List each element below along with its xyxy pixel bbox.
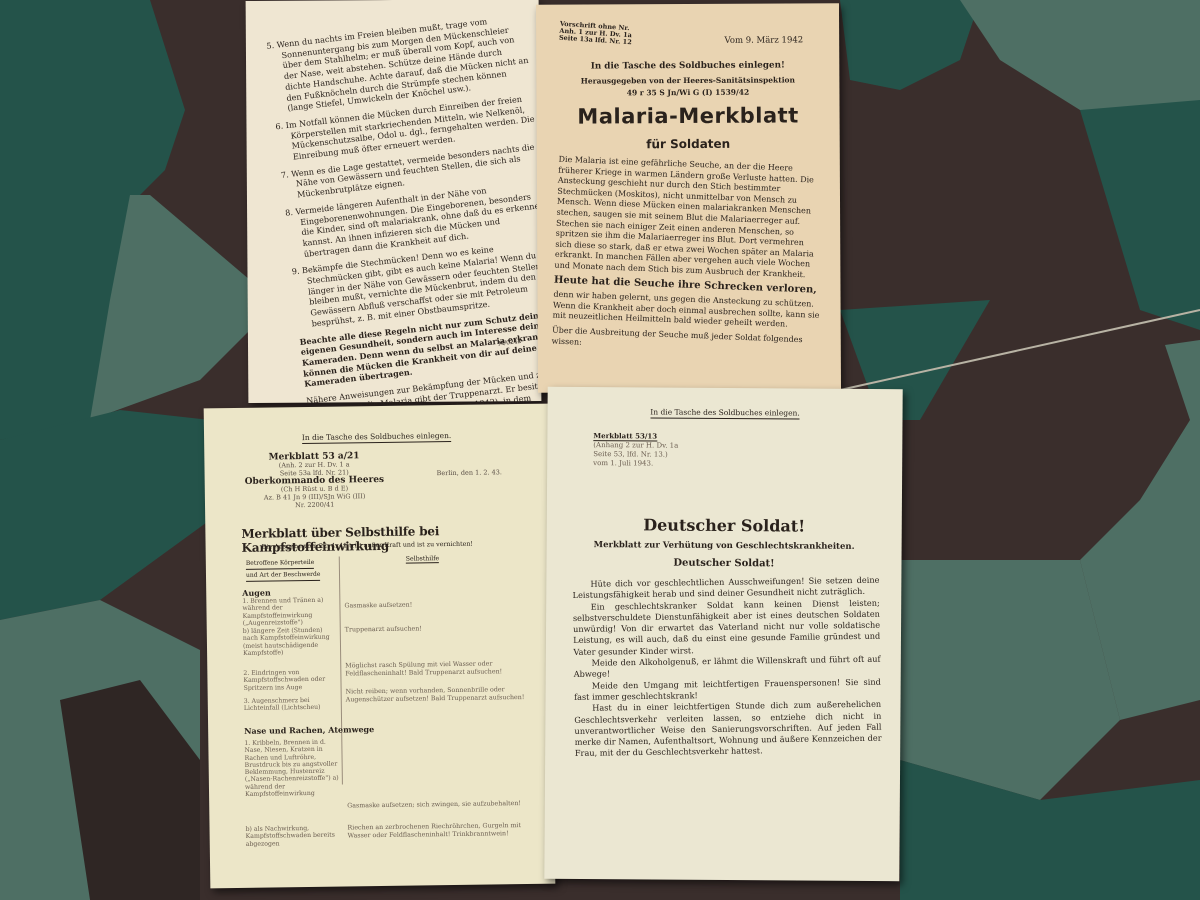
issue-date: vom 1. Juli 1943.	[593, 459, 678, 469]
leaflet-body-text: Hüte dich vor geschlechtlichen Ausschwei…	[572, 575, 881, 760]
leaflet-subtitle: für Soldaten	[537, 136, 840, 152]
publisher-line: Herausgegeben von der Heeres-Sanitätsins…	[536, 75, 839, 86]
column-header-text: Selbsthilfe	[406, 555, 440, 563]
leaflet-title: Malaria-Merkblatt	[537, 103, 840, 129]
table-cell-remedy: Nicht reiben; wenn vorhanden, Sonnenbril…	[346, 686, 542, 704]
place-date: Berlin, den 1. 2. 43.	[437, 468, 502, 477]
body-paragraph: Hast du in einer leichtfertigen Stunde d…	[574, 699, 882, 760]
table-cell-complaint: 3. Augenschmerz bei Lichteinfall (Lichts…	[244, 697, 340, 713]
malaria-intro-text: Die Malaria ist eine gefährliche Seuche,…	[551, 155, 825, 361]
body-paragraph: Ein geschlechtskranker Soldat kann keine…	[573, 597, 881, 658]
section-heading: Augen	[242, 588, 271, 598]
instruction-line: In die Tasche des Soldbuches einlegen.	[204, 430, 549, 444]
instruction-text: In die Tasche des Soldbuches einlegen.	[650, 407, 799, 419]
table-cell-remedy: Riechen an zerbrochenen Riechröhrchen, G…	[347, 822, 543, 840]
leaflet-number: Merkblatt 53/13	[593, 431, 657, 441]
leaflet-header: Merkblatt 53 a/21 (Anh. 2 zur H. Dv. 1 a…	[244, 452, 384, 510]
instruction-line: In die Tasche des Soldbuches einlegen!	[536, 60, 839, 72]
table-cell-remedy: Truppenarzt aufsuchen!	[345, 624, 541, 634]
instruction-line: In die Tasche des Soldbuches einlegen.	[548, 407, 903, 418]
reference-line: 49 r 35 S Jn/Wi G (I) 1539/42	[536, 87, 839, 98]
leaflet-subtitle: Merkblatt zur Verhütung von Geschlechtsk…	[547, 540, 902, 552]
table-cell-remedy: Möglichst rasch Spülung mit viel Wasser …	[345, 660, 541, 678]
table-cell-complaint: b) längere Zeit (Stunden) nach Kampfstof…	[243, 627, 339, 658]
table-cell-complaint: 2. Eindringen von Kampfstoffschwaden ode…	[243, 669, 339, 692]
table-cell-remedy: Gasmaske aufsetzen; sich zwingen, sie au…	[347, 800, 543, 810]
table-cell-remedy: Gasmaske aufsetzen!	[344, 600, 540, 610]
table-cell-complaint: b) als Nachwirkung, Kampfstoffschwaden b…	[245, 825, 341, 848]
leaflet-title-repeat: Deutscher Soldat!	[546, 557, 901, 570]
leaflet-header: Merkblatt 53/13 (Anhang 2 zur H. Dv. 1a …	[593, 431, 678, 469]
column-header-self-help: Selbsthilfe	[406, 555, 440, 562]
section-heading: Nase und Rachen, Atemwege	[244, 724, 374, 736]
malaria-leaflet-front-page: Vorschrift ohne Nr. Anh. 1 zur H. Dv. 1a…	[536, 3, 841, 393]
malaria-leaflet-back-page: 5. Wenn du nachts im Freien bleiben mußt…	[246, 0, 542, 403]
column-header-line: Betroffene Körperteile	[246, 557, 315, 570]
regulation-meta: Vorschrift ohne Nr. Anh. 1 zur H. Dv. 1a…	[559, 21, 633, 47]
body-paragraph: denn wir haben gelernt, uns gegen die An…	[552, 290, 820, 332]
malaria-rules-list: 5. Wenn du nachts im Freien bleiben mußt…	[266, 12, 568, 438]
column-header-body-parts: Betroffene Körperteile und Art der Besch…	[246, 557, 321, 582]
column-header-line: und Art der Beschwerde	[246, 569, 321, 582]
table-cell-complaint: 1. Brennen und Tränen a) während der Kam…	[242, 597, 338, 628]
intro-paragraph: Die Malaria ist eine gefährliche Seuche,…	[554, 155, 825, 282]
instruction-text: In die Tasche des Soldbuches einlegen.	[302, 431, 452, 444]
soldier-health-leaflet: In die Tasche des Soldbuches einlegen. M…	[544, 387, 902, 881]
leaflet-title: Deutscher Soldat!	[547, 515, 902, 536]
chemical-agent-self-help-leaflet: In die Tasche des Soldbuches einlegen. M…	[204, 404, 556, 889]
issue-date: Vom 9. März 1942	[724, 35, 803, 45]
table-cell-complaint: 1. Kribbeln, Brennen in d. Nase, Niesen,…	[244, 739, 341, 799]
